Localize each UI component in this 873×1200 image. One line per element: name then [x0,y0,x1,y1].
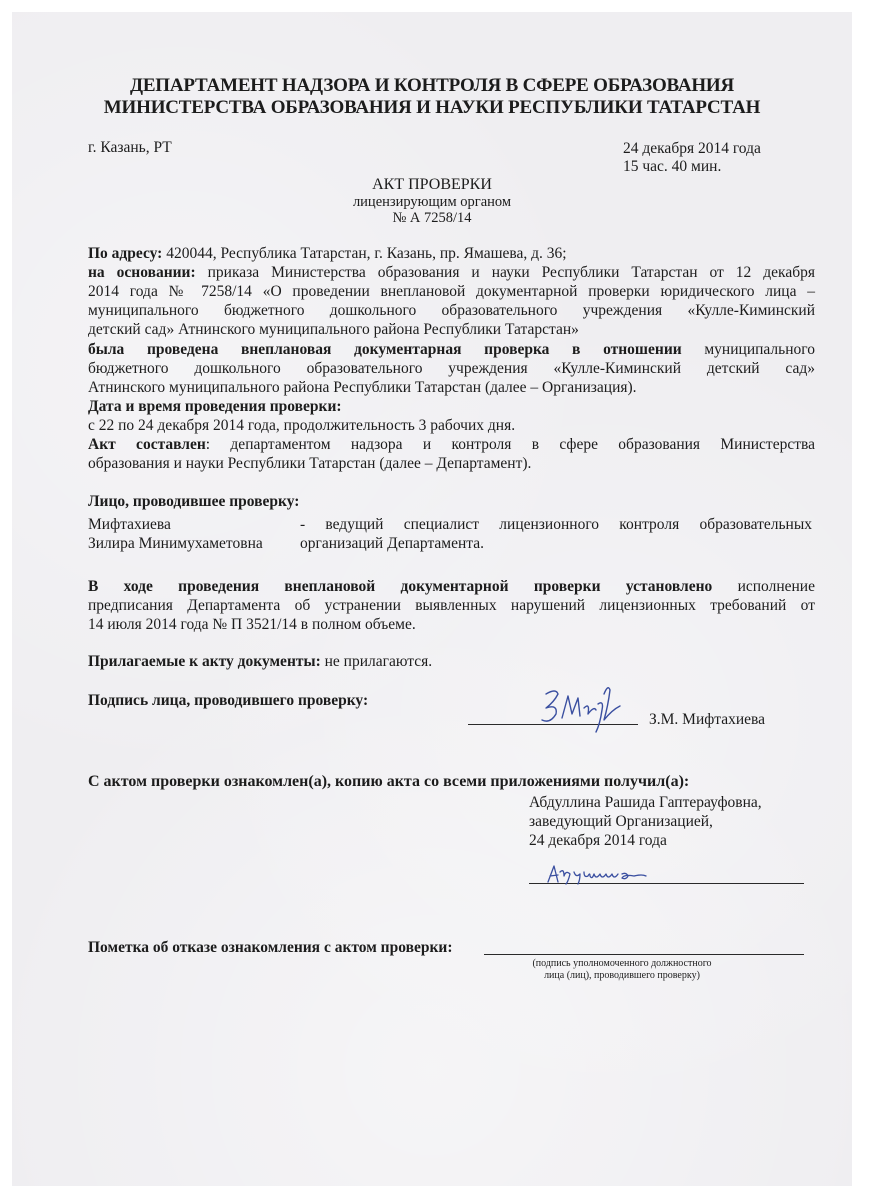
finding-line-2: предписания Департамента об устранении в… [88,596,815,615]
date: 24 декабря 2014 года [623,139,761,158]
inspector-signature [534,680,624,738]
inspector-surname: Мифтахиева [88,515,171,534]
acknowledged-label: С актом проверки ознакомлен(а), копию ак… [88,772,689,791]
basis-line-2: 2014 года № 7258/14 «О проведении внепла… [88,282,815,301]
inspector-label: Лицо, проводившее проверку: [88,492,299,511]
datetime-label: Дата и время проведения проверки: [88,397,342,416]
finding-line-1: В ходе проведения внеплановой документар… [88,577,815,596]
acknowledged-name: Абдуллина Рашида Гаптерауфовна, [529,793,762,812]
inspector-position-line-1: - ведущий специалист лицензионного контр… [300,515,812,534]
header-line-1: ДЕПАРТАМЕНТ НАДЗОРА И КОНТРОЛЯ В СФЕРЕ О… [12,75,852,97]
act-number: № А 7258/14 [12,209,852,228]
basis-line-3: муниципального бюджетного дошкольного об… [88,301,815,320]
finding-label: В ходе проведения внеплановой документар… [88,578,712,595]
inspector-position-line-2: организаций Департамента. [300,534,484,553]
address-value: 420044, Республика Татарстан, г. Казань,… [162,245,566,262]
header-line-2: МИНИСТЕРСТВА ОБРАЗОВАНИЯ И НАУКИ РЕСПУБЛ… [12,97,852,119]
basis-line-1: на основании: приказа Министерства образ… [88,263,815,282]
datetime-value: с 22 по 24 декабря 2014 года, продолжите… [88,416,515,435]
acknowledged-role: заведующий Организацией, [529,812,713,831]
attachments: Прилагаемые к акту документы: не прилага… [88,652,432,671]
inspection-line-1: была проведена внеплановая документарная… [88,340,815,359]
signature-name: З.М. Мифтахиева [649,710,765,729]
compiled-line-2: образования и науки Республики Татарстан… [88,454,531,473]
inspector-name: Зилира Минимухаметовна [88,534,263,553]
refusal-caption-2: лица (лиц), проводившего проверку) [492,970,752,982]
basis-line-4: детский сад» Атнинского муниципального р… [88,320,579,339]
signature-label: Подпись лица, проводившего проверку: [88,691,368,710]
place: г. Казань, РТ [88,138,172,157]
finding-line-3: 14 июля 2014 года № П 3521/14 в полном о… [88,615,416,634]
inspection-line-2: бюджетного дошкольного образовательного … [88,359,815,378]
refusal-line [484,954,804,955]
document-page: ДЕПАРТАМЕНТ НАДЗОРА И КОНТРОЛЯ В СФЕРЕ О… [12,12,852,1186]
refusal-caption-1: (подпись уполномоченного должностного [492,958,752,970]
inspection-label: была проведена внеплановая документарная… [88,341,682,358]
compiled-line-1: Акт составлен: департаментом надзора и к… [88,435,815,454]
act-title: АКТ ПРОВЕРКИ [12,175,852,194]
refusal-label: Пометка об отказе ознакомления с актом п… [88,938,453,957]
time: 15 час. 40 мин. [623,157,721,176]
attachments-label: Прилагаемые к акту документы: [88,653,321,670]
acknowledged-date: 24 декабря 2014 года [529,831,667,850]
basis-label: на основании: [88,264,196,281]
inspection-line-3: Атнинского муниципального района Республ… [88,378,637,397]
compiled-label: Акт составлен [88,436,206,453]
attachments-value: не прилагаются. [321,653,432,670]
director-signature [544,862,654,886]
address-label: По адресу: [88,245,162,262]
address: По адресу: 420044, Республика Татарстан,… [88,244,567,263]
